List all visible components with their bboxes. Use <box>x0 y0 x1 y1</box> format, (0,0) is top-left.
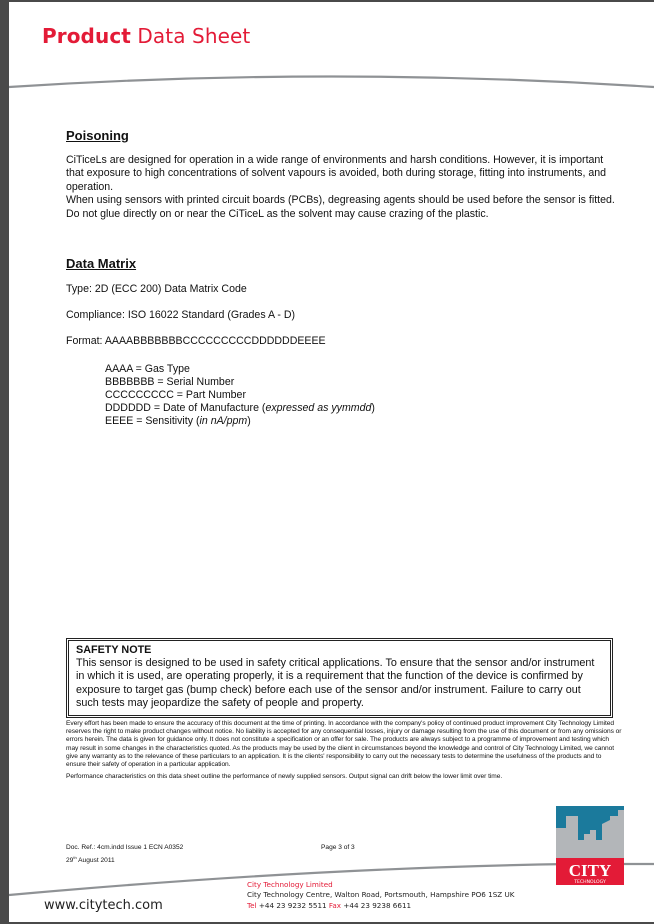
city-skyline-icon: CITY TECHNOLOGY <box>556 806 624 885</box>
svg-text:TECHNOLOGY: TECHNOLOGY <box>573 879 606 885</box>
title-bold: Product <box>42 24 131 48</box>
legend-item: DDDDDD = Date of Manufacture (expressed … <box>105 402 375 415</box>
page-number: Page 3 of 3 <box>321 844 355 851</box>
poisoning-text: CiTiceLs are designed for operation in a… <box>66 154 618 221</box>
data-matrix-heading: Data Matrix <box>66 256 136 271</box>
company-phone: Tel +44 23 9232 5511 Fax +44 23 9238 661… <box>247 901 514 911</box>
safety-note-text: This sensor is designed to be used in sa… <box>76 657 604 710</box>
doc-date: 29th August 2011 <box>66 855 115 864</box>
data-matrix-format: Format: AAAABBBBBBBCCCCCCCCCDDDDDDEEEE <box>66 335 326 348</box>
website-link[interactable]: www.citytech.com <box>44 898 163 913</box>
page-title: Product Data Sheet <box>42 24 250 48</box>
disclaimer-paragraph-1: Every effort has been made to ensure the… <box>66 720 622 769</box>
format-label: Format: <box>66 335 105 347</box>
format-legend: AAAA = Gas Type BBBBBBB = Serial Number … <box>105 363 375 428</box>
format-value: AAAABBBBBBBCCCCCCCCCDDDDDDEEEE <box>105 335 326 347</box>
svg-text:CITY: CITY <box>569 861 612 880</box>
legend-item: BBBBBBB = Serial Number <box>105 376 375 389</box>
document-page: Product Data Sheet Poisoning CiTiceLs ar… <box>9 2 654 922</box>
safety-note-box: SAFETY NOTE This sensor is designed to b… <box>66 638 613 718</box>
doc-reference: Doc. Ref.: 4cm.indd Issue 1 ECN A0352 <box>66 844 183 851</box>
legend-item: AAAA = Gas Type <box>105 363 375 376</box>
company-address: City Technology Centre, Walton Road, Por… <box>247 890 514 900</box>
data-matrix-type: Type: 2D (ECC 200) Data Matrix Code <box>66 283 247 296</box>
poisoning-paragraph-2: When using sensors with printed circuit … <box>66 194 618 221</box>
disclaimer: Every effort has been made to ensure the… <box>66 720 622 785</box>
company-name: City Technology Limited <box>247 880 514 890</box>
title-rest: Data Sheet <box>137 24 250 48</box>
legend-item: EEEE = Sensitivity (in nA/ppm) <box>105 415 375 428</box>
data-matrix-compliance: Compliance: ISO 16022 Standard (Grades A… <box>66 309 295 322</box>
poisoning-heading: Poisoning <box>66 128 129 143</box>
city-technology-logo: CITY TECHNOLOGY <box>556 806 624 885</box>
poisoning-paragraph-1: CiTiceLs are designed for operation in a… <box>66 154 618 194</box>
legend-item: CCCCCCCCC = Part Number <box>105 389 375 402</box>
disclaimer-paragraph-2: Performance characteristics on this data… <box>66 773 622 781</box>
company-contact: City Technology Limited City Technology … <box>247 880 514 911</box>
safety-note-title: SAFETY NOTE <box>76 644 604 657</box>
